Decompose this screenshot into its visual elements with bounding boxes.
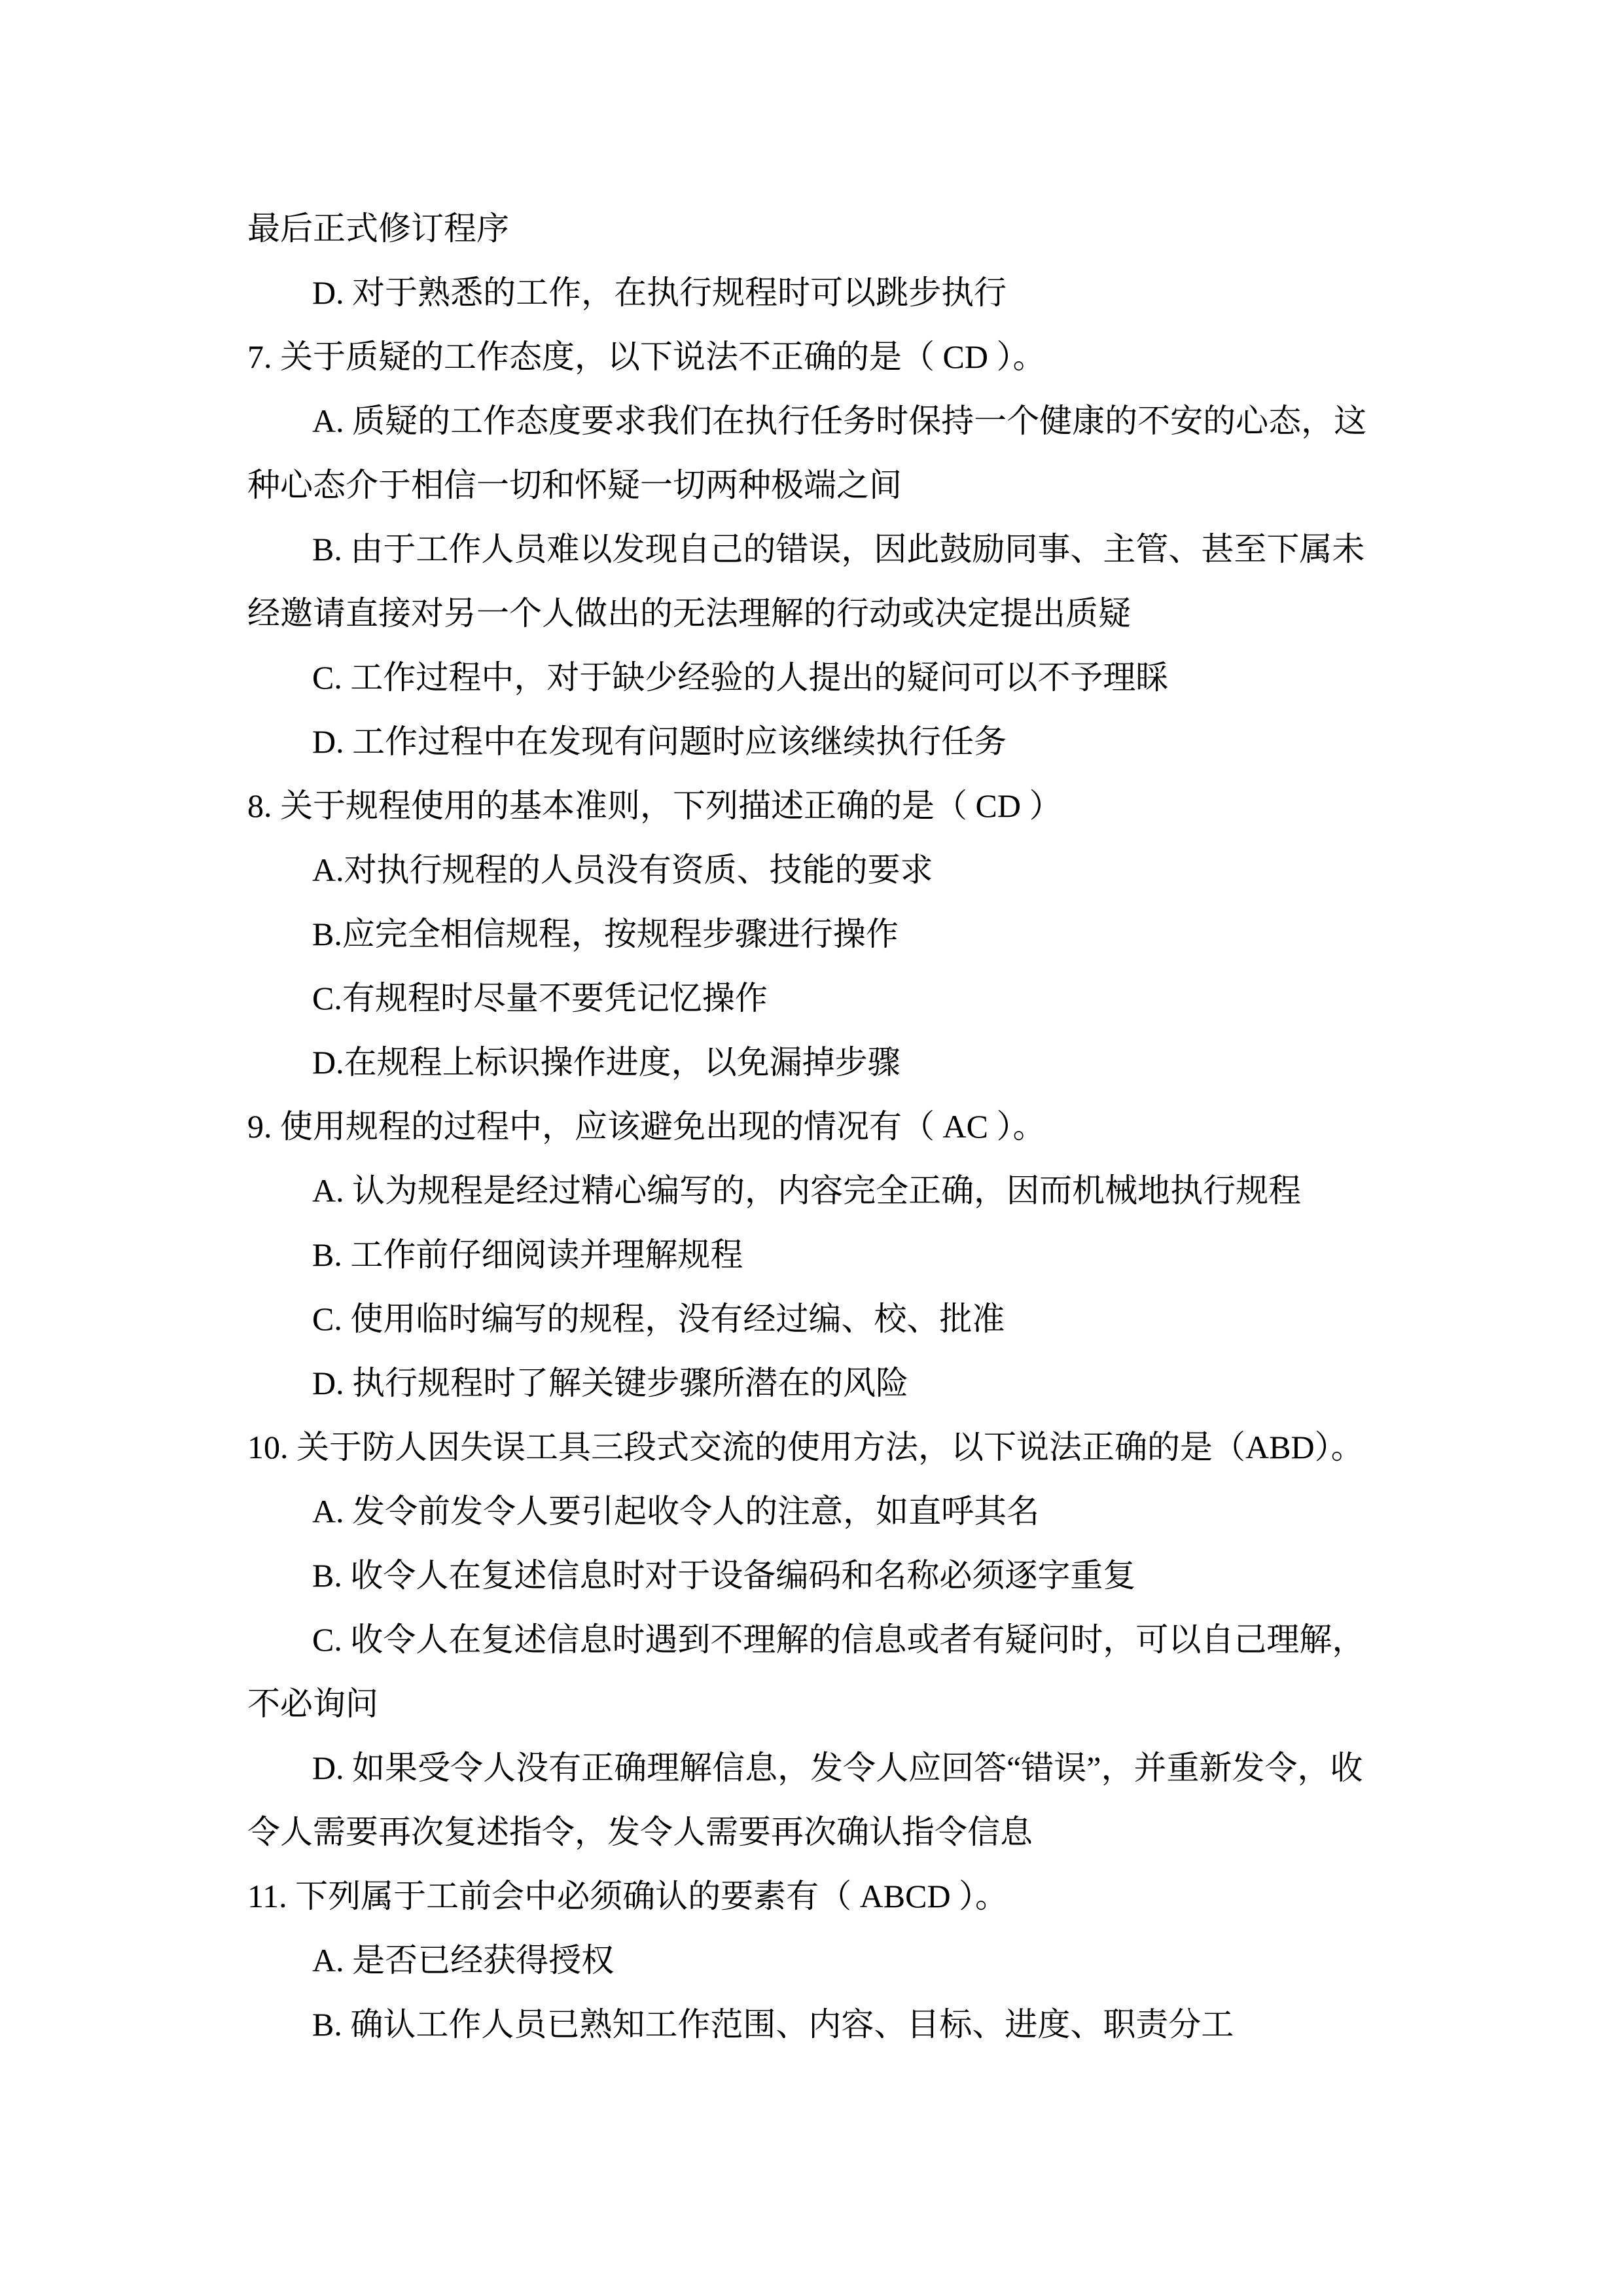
- document-line-continuation: 不必询问: [247, 1672, 1376, 1736]
- document-line-continuation: 最后正式修订程序: [247, 196, 1376, 260]
- document-line-option: C. 工作过程中，对于缺少经验的人提出的疑问可以不予理睬: [247, 645, 1376, 709]
- document-line-option: A. 是否已经获得授权: [247, 1928, 1376, 1992]
- document-line-option: C. 收令人在复述信息时遇到不理解的信息或者有疑问时，可以自己理解，: [247, 1607, 1376, 1672]
- document-line-option: D. 如果受令人没有正确理解信息，发令人应回答“错误”，并重新发令，收: [247, 1736, 1376, 1800]
- document-line-option: B. 由于工作人员难以发现自己的错误，因此鼓励同事、主管、甚至下属未: [247, 517, 1376, 581]
- document-line-question: 11. 下列属于工前会中必须确认的要素有（ ABCD ）。: [247, 1864, 1376, 1928]
- document-line-option: A. 发令前发令人要引起收令人的注意，如直呼其名: [247, 1479, 1376, 1543]
- document-line-option: D. 工作过程中在发现有问题时应该继续执行任务: [247, 709, 1376, 774]
- document-line-option: A. 质疑的工作态度要求我们在执行任务时保持一个健康的不安的心态，这: [247, 389, 1376, 453]
- document-line-question: 10. 关于防人因失误工具三段式交流的使用方法，以下说法正确的是（ABD）。: [247, 1415, 1376, 1479]
- document-line-option: A. 认为规程是经过精心编写的，内容完全正确，因而机械地执行规程: [247, 1158, 1376, 1223]
- document-line-option: D. 对于熟悉的工作，在执行规程时可以跳步执行: [247, 260, 1376, 325]
- document-body: 最后正式修订程序D. 对于熟悉的工作，在执行规程时可以跳步执行7. 关于质疑的工…: [247, 196, 1376, 2056]
- document-line-option: D.在规程上标识操作进度，以免漏掉步骤: [247, 1030, 1376, 1094]
- document-line-option: C. 使用临时编写的规程，没有经过编、校、批准: [247, 1287, 1376, 1351]
- document-line-question: 8. 关于规程使用的基本准则，下列描述正确的是（ CD ）: [247, 774, 1376, 838]
- document-page: 最后正式修订程序D. 对于熟悉的工作，在执行规程时可以跳步执行7. 关于质疑的工…: [0, 0, 1623, 2296]
- document-line-option: D. 执行规程时了解关键步骤所潜在的风险: [247, 1351, 1376, 1415]
- document-line-option: B. 收令人在复述信息时对于设备编码和名称必须逐字重复: [247, 1543, 1376, 1607]
- document-line-option: A.对执行规程的人员没有资质、技能的要求: [247, 838, 1376, 902]
- document-line-option: C.有规程时尽量不要凭记忆操作: [247, 966, 1376, 1030]
- document-line-continuation: 经邀请直接对另一个人做出的无法理解的行动或决定提出质疑: [247, 581, 1376, 645]
- document-line-continuation: 令人需要再次复述指令，发令人需要再次确认指令信息: [247, 1800, 1376, 1864]
- document-line-option: B.应完全相信规程，按规程步骤进行操作: [247, 902, 1376, 966]
- document-line-question: 9. 使用规程的过程中，应该避免出现的情况有（ AC ）。: [247, 1094, 1376, 1158]
- document-line-continuation: 种心态介于相信一切和怀疑一切两种极端之间: [247, 453, 1376, 517]
- document-line-question: 7. 关于质疑的工作态度，以下说法不正确的是（ CD ）。: [247, 325, 1376, 389]
- document-line-option: B. 工作前仔细阅读并理解规程: [247, 1223, 1376, 1287]
- document-line-option: B. 确认工作人员已熟知工作范围、内容、目标、进度、职责分工: [247, 1992, 1376, 2056]
